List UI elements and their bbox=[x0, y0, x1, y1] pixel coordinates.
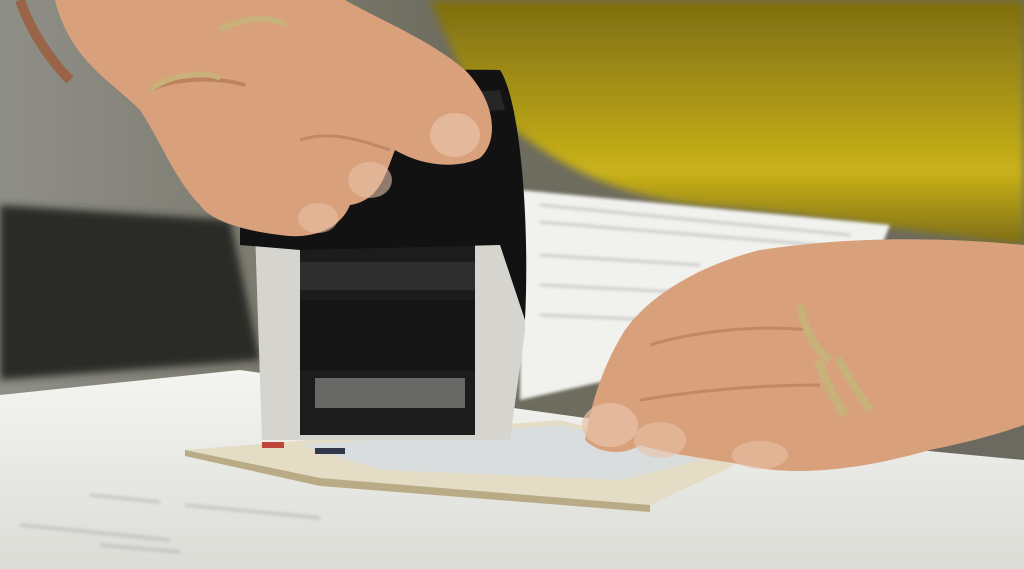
passport-dark-mark bbox=[315, 448, 345, 454]
dark-desk-object bbox=[0, 205, 260, 380]
passport-red-mark bbox=[262, 442, 284, 448]
photo-scene: Close-up photo of a hand pressing a blac… bbox=[0, 0, 1024, 569]
stamping-passport-photo bbox=[0, 0, 1024, 569]
